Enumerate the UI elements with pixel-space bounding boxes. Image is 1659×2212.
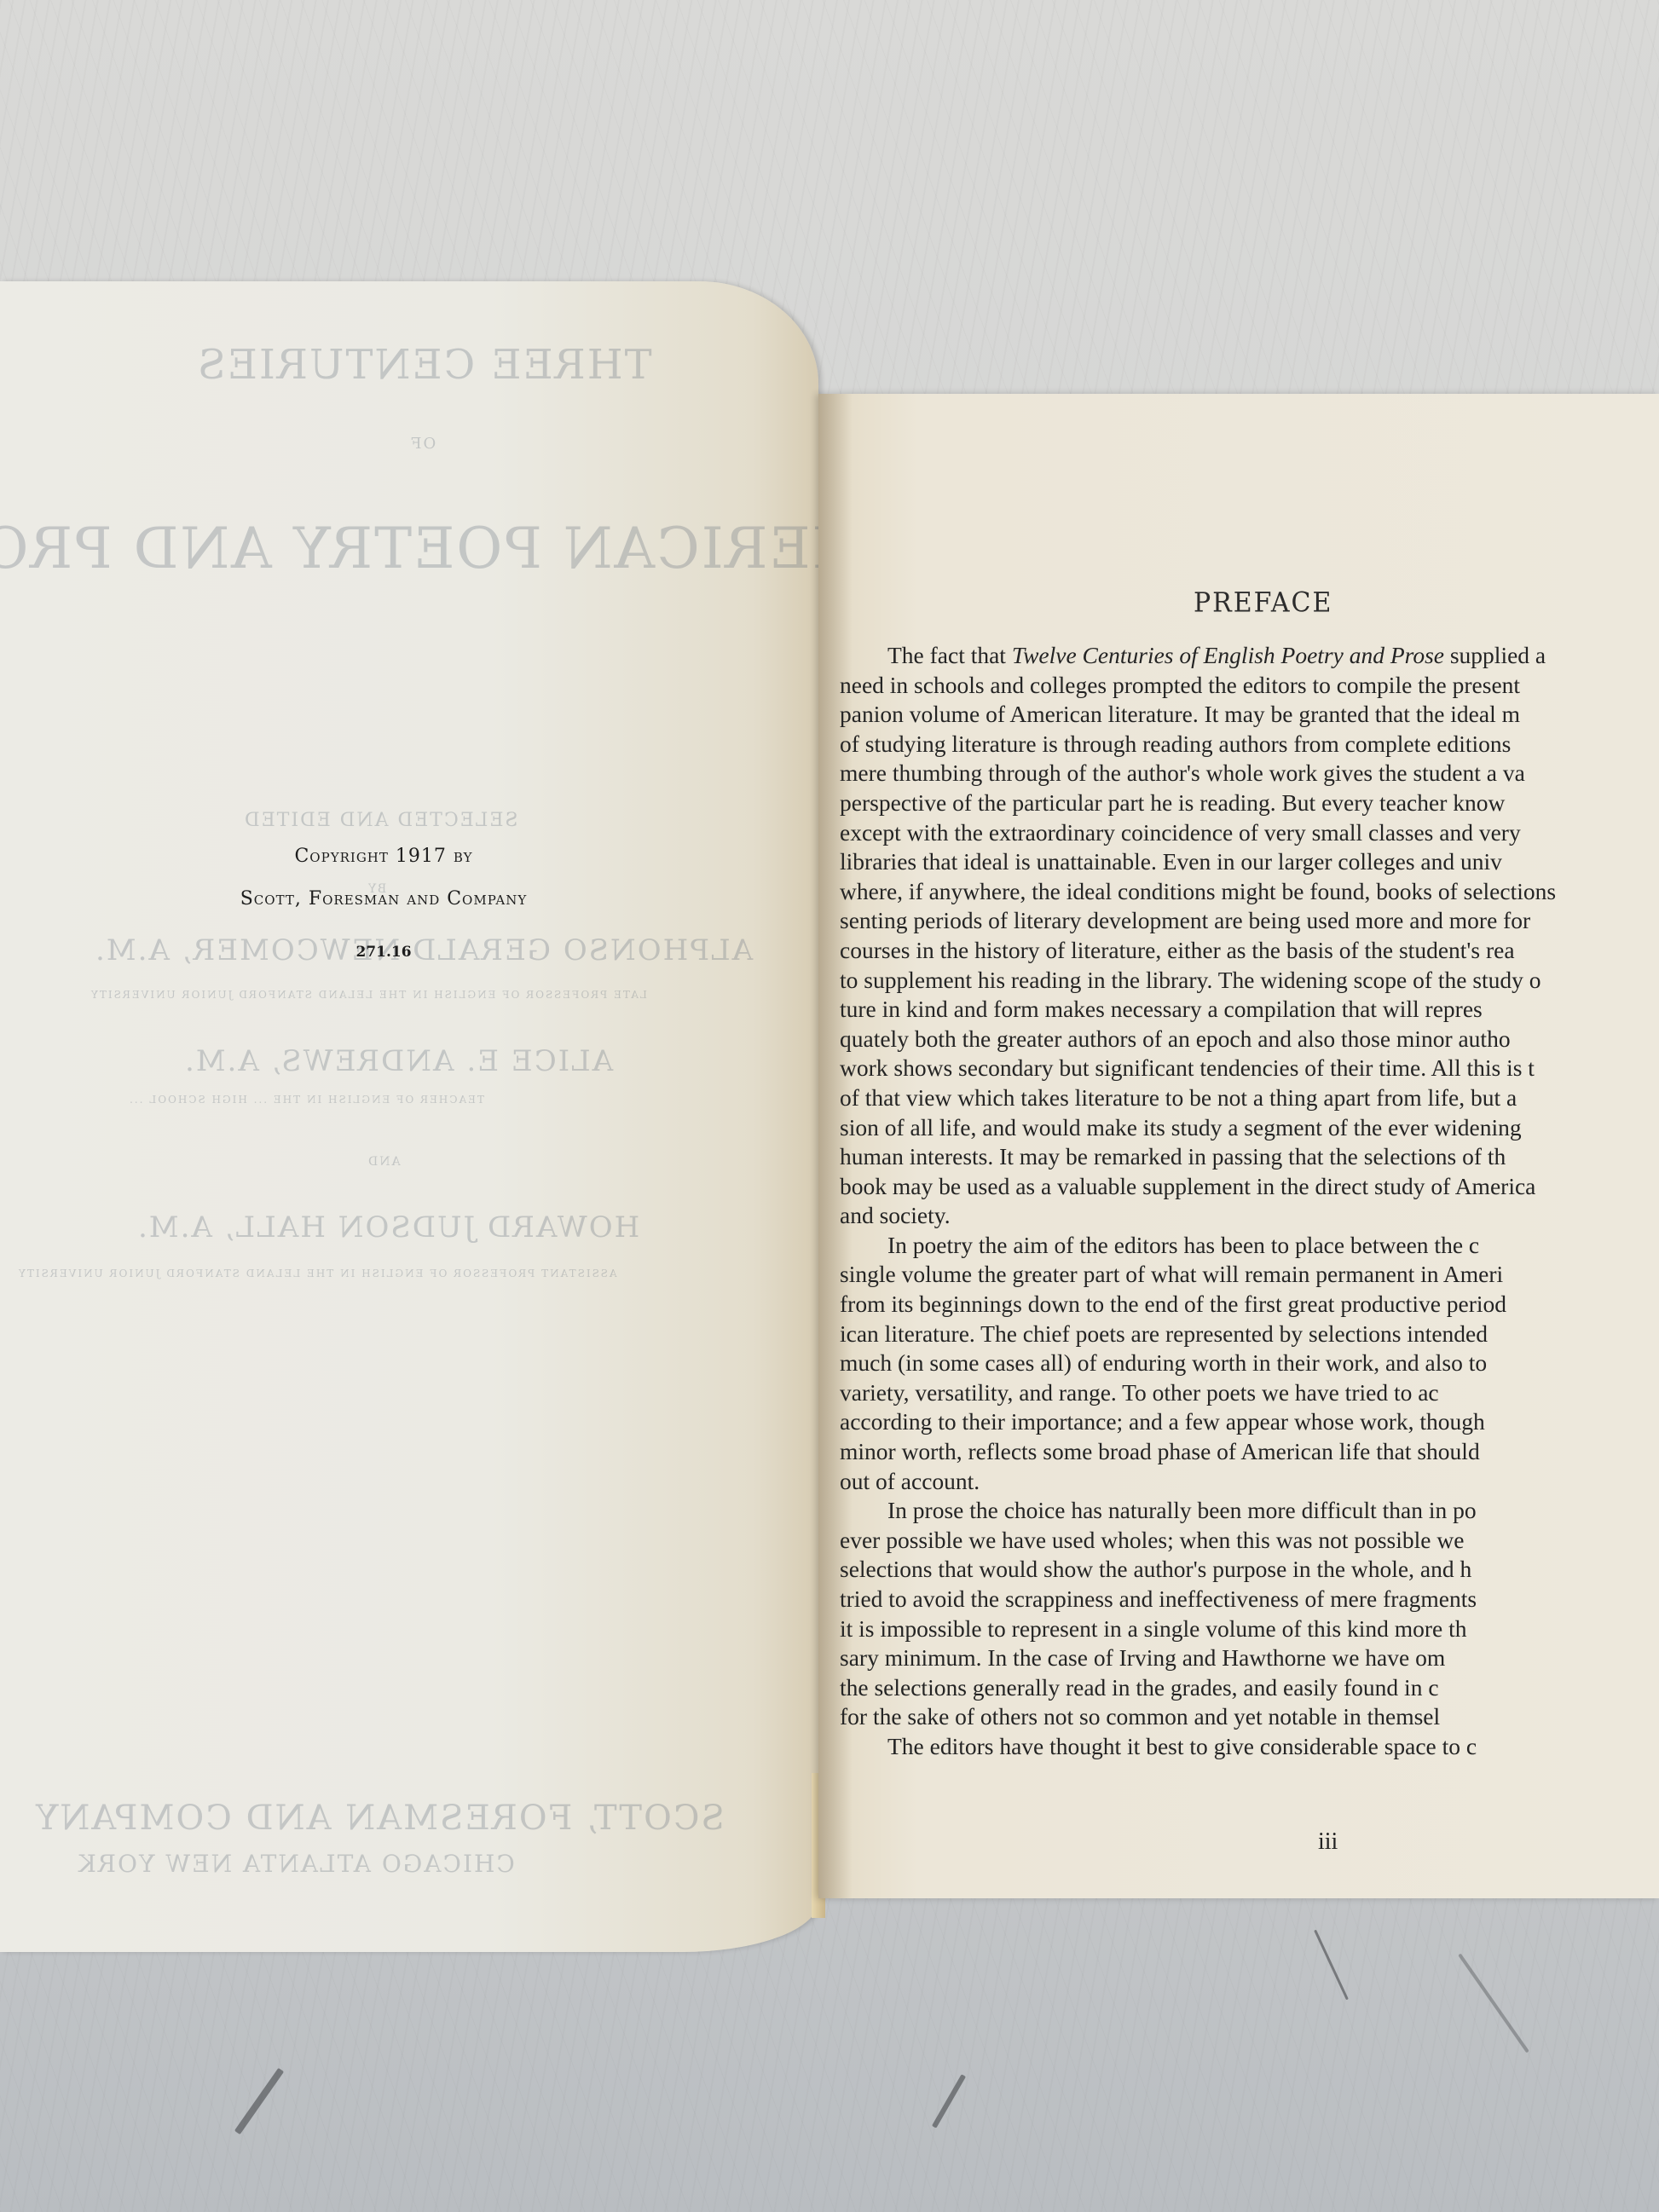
preface-line: In poetry the aim of the editors has bee…	[840, 1231, 1659, 1261]
show-through-editor2-title: TEACHER OF ENGLISH IN THE ... HIGH SCHOO…	[128, 1094, 484, 1106]
show-through-editor3: HOWARD JUDSON HALL, A.M.	[136, 1210, 639, 1245]
preface-line: human interests. It may be remarked in p…	[840, 1142, 1659, 1172]
preface-line: ever possible we have used wholes; when …	[840, 1526, 1659, 1556]
show-through-title-line3: AMERICAN POETRY AND PROSE	[0, 516, 912, 581]
preface-line: ican literature. The chief poets are rep…	[840, 1320, 1659, 1349]
preface-line: sary minimum. In the case of Irving and …	[840, 1643, 1659, 1673]
book-title-italic: Twelve Centuries of English Poetry and P…	[1012, 642, 1444, 668]
preface-line: tried to avoid the scrappiness and ineff…	[840, 1585, 1659, 1614]
publisher-line: Scott, Foresman and Company	[153, 888, 614, 910]
preface-line: of studying literature is through readin…	[840, 730, 1659, 759]
preface-line: mere thumbing through of the author's wh…	[840, 759, 1659, 788]
preface-line: where, if anywhere, the ideal conditions…	[840, 877, 1659, 907]
show-through-title-line1: THREE CENTURIES	[196, 341, 652, 389]
preface-line: perspective of the particular part he is…	[840, 788, 1659, 818]
preface-heading: PREFACE	[1194, 587, 1332, 619]
preface-line: and society.	[840, 1201, 1659, 1231]
show-through-selected: SELECTED AND EDITED	[243, 810, 518, 831]
preface-line: for the sake of others not so common and…	[840, 1702, 1659, 1732]
preface-line: of that view which takes literature to b…	[840, 1083, 1659, 1113]
preface-line: panion volume of American literature. It…	[840, 700, 1659, 730]
preface-line: selections that would show the author's …	[840, 1555, 1659, 1585]
show-through-editor3-title: ASSISTANT PROFESSOR OF ENGLISH IN THE LE…	[17, 1268, 617, 1279]
preface-line: from its beginnings down to the end of t…	[840, 1290, 1659, 1320]
preface-line: courses in the history of literature, ei…	[840, 936, 1659, 966]
preface-line: according to their importance; and a few…	[840, 1407, 1659, 1437]
show-through-and: AND	[367, 1155, 401, 1169]
preface-line: single volume the greater part of what w…	[840, 1260, 1659, 1290]
page-number: iii	[1318, 1828, 1338, 1856]
preface-body: The fact that Twelve Centuries of Englis…	[840, 641, 1659, 1762]
preface-line: book may be used as a valuable supplemen…	[840, 1172, 1659, 1202]
preface-line: it is impossible to represent in a singl…	[840, 1614, 1659, 1644]
preface-line: except with the extraordinary coincidenc…	[840, 818, 1659, 848]
preface-line: work shows secondary but significant ten…	[840, 1054, 1659, 1083]
preface-line: much (in some cases all) of enduring wor…	[840, 1349, 1659, 1378]
preface-line: sion of all life, and would make its stu…	[840, 1113, 1659, 1143]
print-code: 271.16	[153, 944, 614, 961]
show-through-cities: CHICAGO ATLANTA NEW YORK	[77, 1850, 515, 1878]
preface-line: ture in kind and form makes necessary a …	[840, 995, 1659, 1025]
preface-line: senting periods of literary development …	[840, 906, 1659, 936]
preface-line: to supplement his reading in the library…	[840, 966, 1659, 996]
preface-line: The fact that Twelve Centuries of Englis…	[840, 641, 1659, 671]
show-through-editor1-title: LATE PROFESSOR OF ENGLISH IN THE LELAND …	[90, 989, 647, 1001]
show-through-publisher: SCOTT, FORESMAN AND COMPANY	[34, 1799, 725, 1838]
preface-line: variety, versatility, and range. To othe…	[840, 1378, 1659, 1408]
preface-line: need in schools and colleges prompted th…	[840, 671, 1659, 701]
preface-line: The editors have thought it best to give…	[840, 1732, 1659, 1762]
preface-line: minor worth, reflects some broad phase o…	[840, 1437, 1659, 1467]
show-through-editor2: ALICE E. ANDREWS, A.M.	[183, 1044, 613, 1078]
preface-line: libraries that ideal is unattainable. Ev…	[840, 847, 1659, 877]
copyright-line: Copyright 1917 by	[153, 846, 614, 867]
preface-line: out of account.	[840, 1467, 1659, 1497]
preface-line: the selections generally read in the gra…	[840, 1673, 1659, 1703]
preface-line: quately both the greater authors of an e…	[840, 1025, 1659, 1054]
preface-line: In prose the choice has naturally been m…	[840, 1496, 1659, 1526]
show-through-title-line2: OF	[409, 435, 436, 453]
